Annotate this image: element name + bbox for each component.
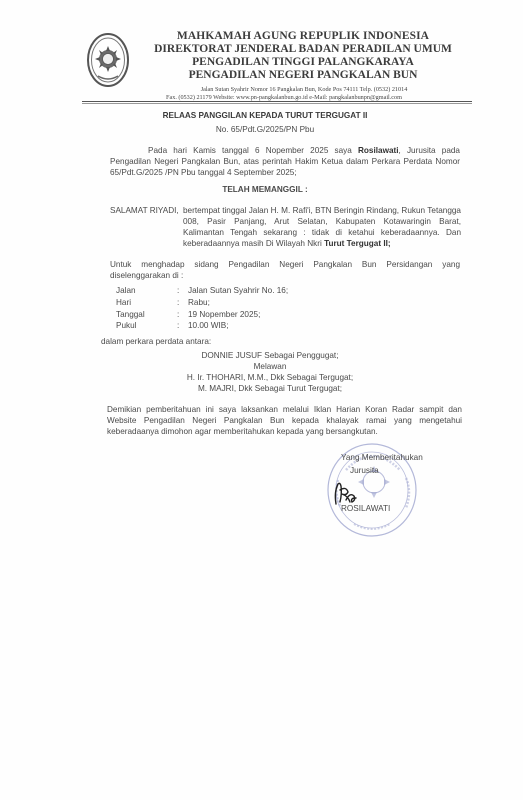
signature-label: Yang Memberitahukan [341, 452, 423, 463]
document-page: MAHKAMAH AGUNG REPUPLIK INDONESIA DIREKT… [0, 0, 523, 800]
party-defendant: H. Ir. THOHARI, M.M., Dkk Sebagai Tergug… [150, 372, 390, 383]
detail-value-tanggal: 19 Nopember 2025; [188, 309, 260, 320]
detail-colon: : [177, 297, 179, 308]
party-versus: Melawan [150, 361, 390, 372]
signatory-name: ROSILAWATI [341, 503, 390, 514]
opening-paragraph: Pada hari Kamis tanggal 6 Nopember 2025 … [110, 145, 460, 178]
detail-colon: : [177, 320, 179, 331]
letterhead-line4: PENGADILAN NEGERI PANGKALAN BUN [128, 69, 478, 82]
closing-paragraph: Demikian pemberitahuan ini saya laksanka… [107, 404, 462, 437]
detail-label-hari: Hari [116, 297, 131, 308]
bailiff-name: Rosilawati [358, 146, 399, 155]
called-heading: TELAH MEMANGGIL : [100, 184, 430, 195]
summoned-address: bertempat tinggal Jalan H. M. Rafi'i, BT… [183, 205, 461, 249]
detail-label-pukul: Pukul [116, 320, 136, 331]
detail-colon: : [177, 309, 179, 320]
party-co-defendant: M. MAJRI, Dkk Sebagai Turut Tergugat; [150, 383, 390, 394]
document-number: No. 65/Pdt.G/2025/PN Pbu [100, 124, 430, 135]
detail-value-hari: Rabu; [188, 297, 210, 308]
opening-text-1: Pada hari Kamis tanggal 6 Nopember 2025 … [148, 146, 358, 155]
letterhead-address: Jalan Sutan Syahrir Nomor 16 Pangkalan B… [114, 86, 494, 94]
letterhead: MAHKAMAH AGUNG REPUPLIK INDONESIA DIREKT… [84, 30, 474, 98]
header-divider [82, 101, 472, 102]
detail-colon: : [177, 285, 179, 296]
detail-value-pukul: 10.00 WIB; [188, 320, 229, 331]
summoned-role: Turut Tergugat II; [324, 239, 391, 248]
letterhead-line1: MAHKAMAH AGUNG REPUPLIK INDONESIA [128, 30, 478, 43]
summoned-name: SALAMAT RIYADI, [110, 205, 179, 216]
court-emblem-icon [86, 32, 130, 88]
case-intro: dalam perkara perdata antara: [101, 336, 211, 347]
letterhead-line3: PENGADILAN TINGGI PALANGKARAYA [128, 56, 478, 69]
detail-value-jalan: Jalan Sutan Syahrir No. 16; [188, 285, 288, 296]
summoned-address-text: bertempat tinggal Jalan H. M. Rafi'i, BT… [183, 206, 461, 248]
signature-position: Jurusita [350, 465, 379, 476]
letterhead-text: MAHKAMAH AGUNG REPUPLIK INDONESIA DIREKT… [128, 30, 478, 82]
header-divider-thin [82, 103, 472, 104]
letterhead-line2: DIREKTORAT JENDERAL BADAN PERADILAN UMUM [128, 43, 478, 56]
purpose-paragraph: Untuk menghadap sidang Pengadilan Negeri… [110, 259, 460, 281]
party-plaintiff: DONNIE JUSUF Sebagai Penggugat; [150, 350, 390, 361]
detail-label-tanggal: Tanggal [116, 309, 145, 320]
document-title: RELAAS PANGGILAN KEPADA TURUT TERGUGAT I… [100, 110, 430, 121]
detail-label-jalan: Jalan [116, 285, 136, 296]
